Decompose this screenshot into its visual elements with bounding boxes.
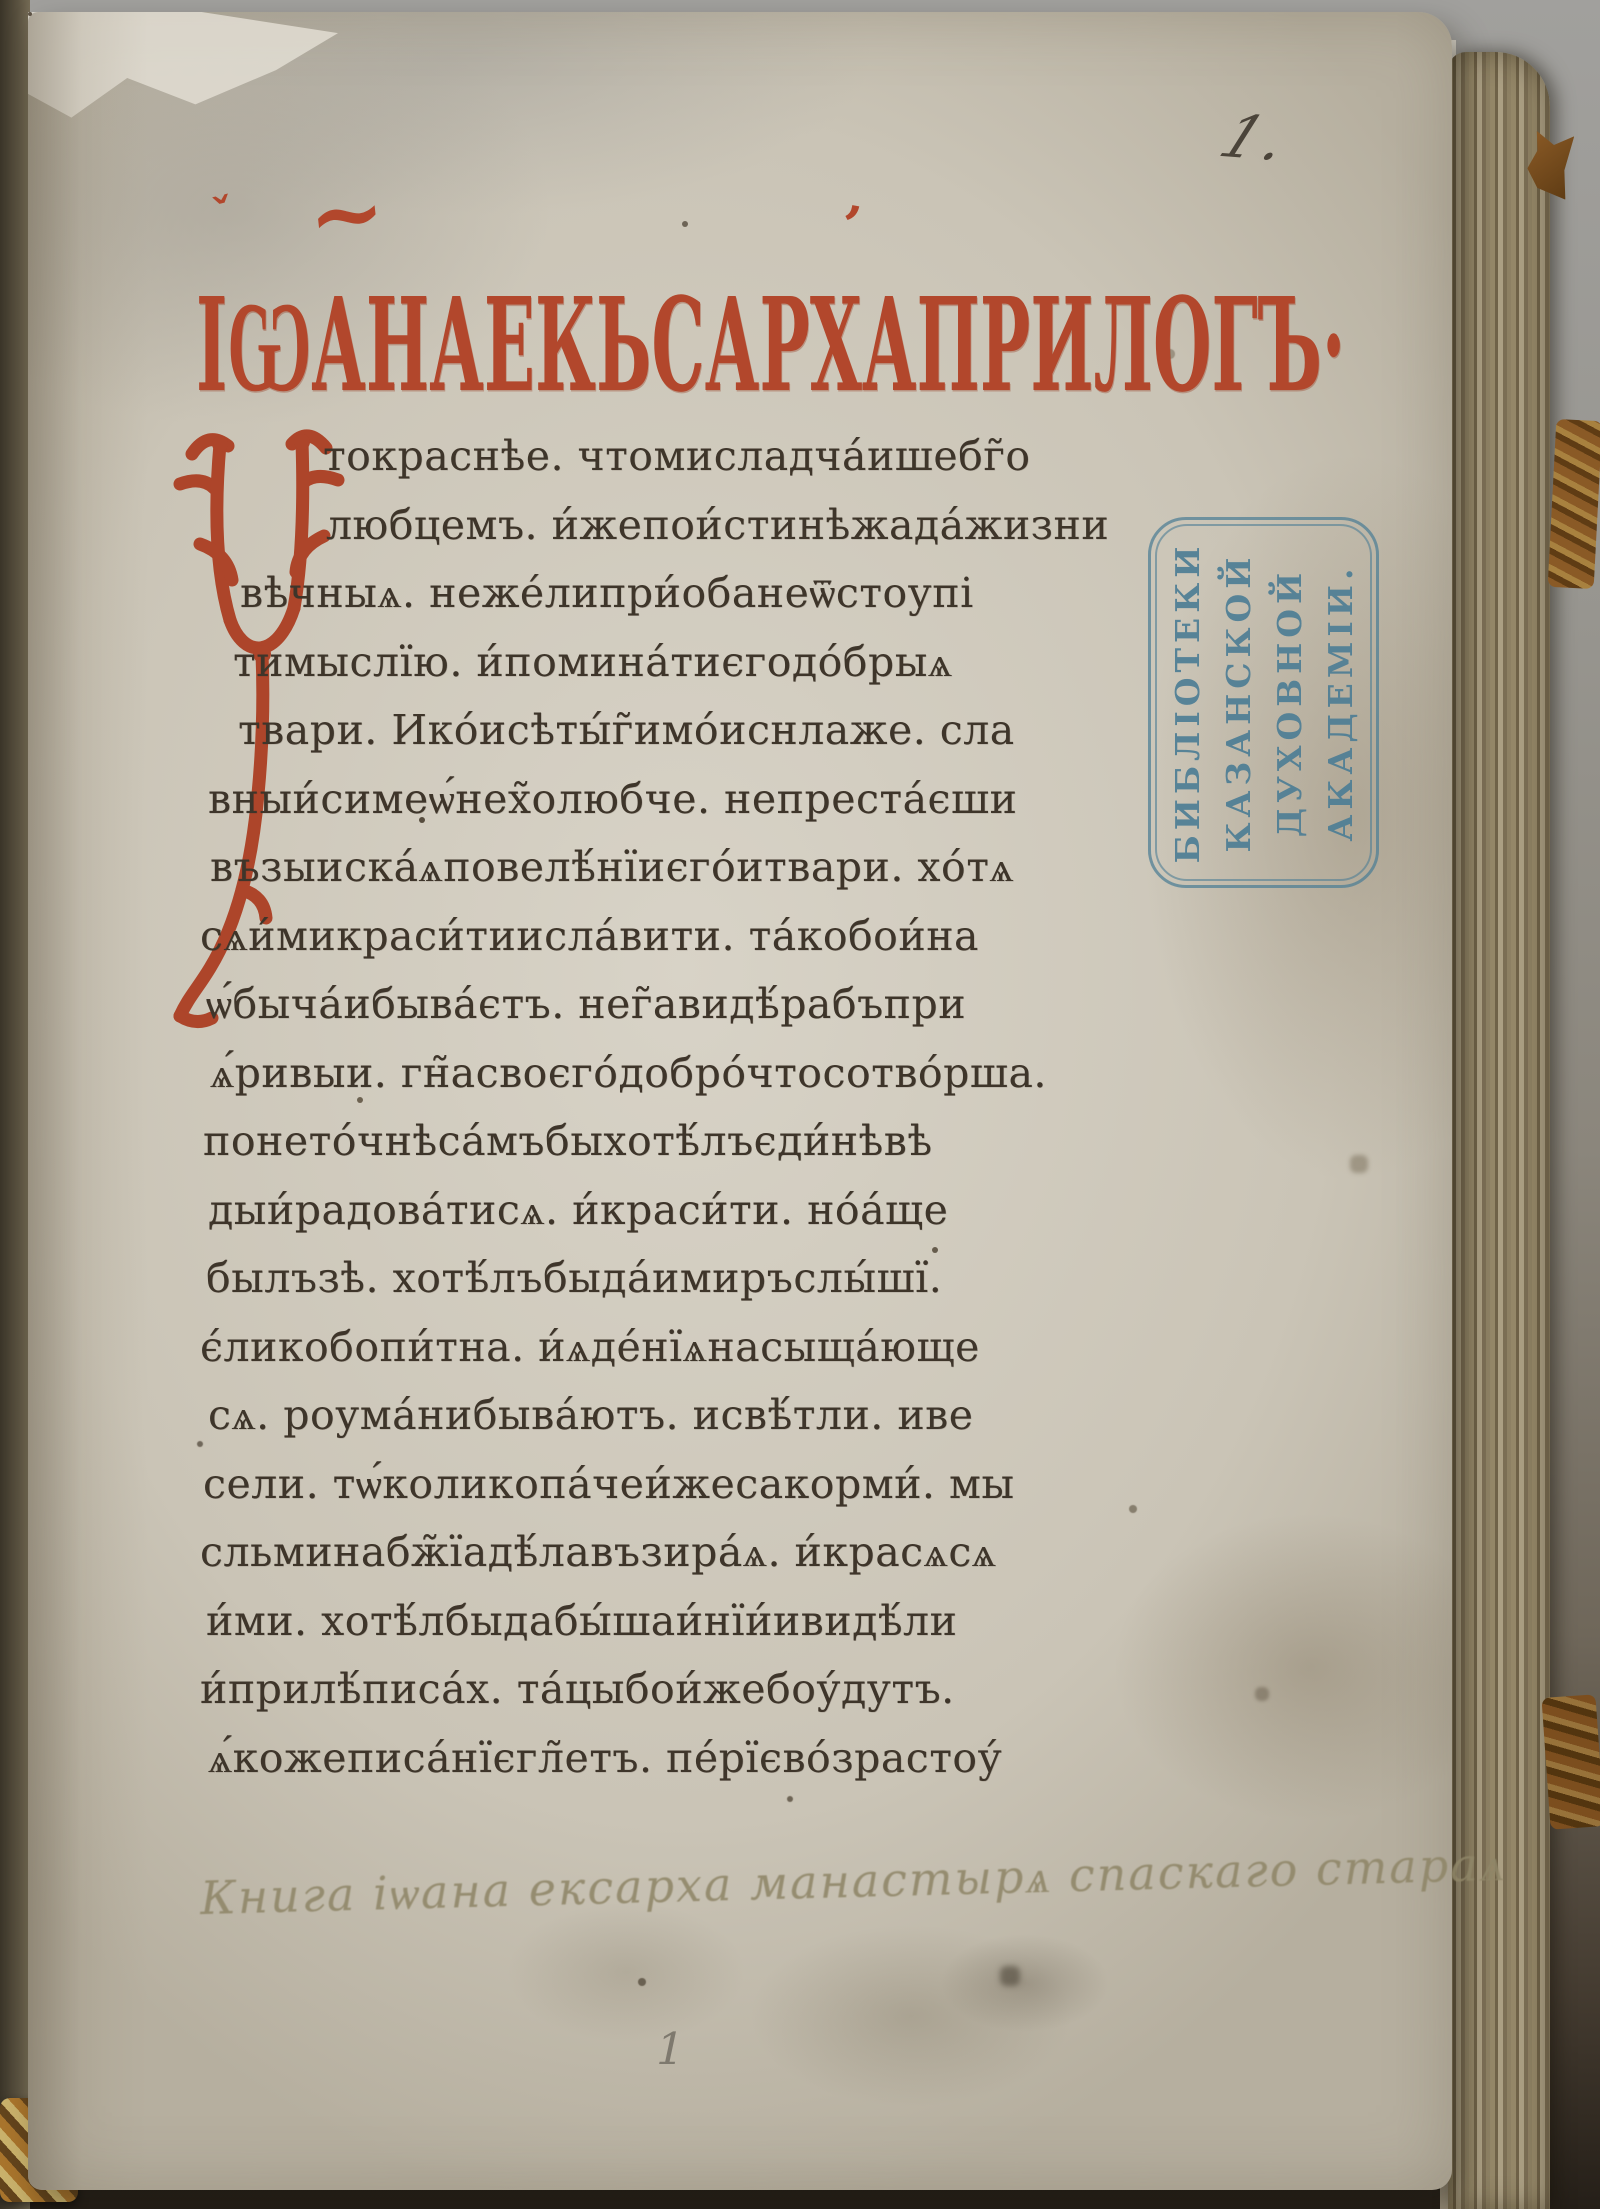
text-line: и́ми. хотѣ́лбыдабы́шаи́нїи́ивидѣ́ли [206,1597,957,1645]
gutter-shadow [28,12,148,2190]
text-line: дыи́радова́тисѧ. и́краси́ти. но́а́ще [208,1186,948,1234]
text-line: сели. тѡ́коликопа́чеи́жесакорми́. мы [203,1460,1015,1508]
stamp-text: КАЗАНСКОЙ [1213,553,1264,853]
breathing-mark: ˇ [208,188,242,243]
titlo-mark: ~ [303,157,381,271]
text-line: є́ликобопи́тна. и́ѧде́нїѧнасыща́юще [200,1323,980,1371]
text-line: и́прилѣ́писа́х. та́цыбои́жебоу́дутъ. [200,1665,955,1713]
text-line: ѡ́быча́ибыва́єтъ. нег̃авидѣ́рабъпри [206,980,966,1028]
text-line: былъзѣ. хотѣ́лъбыда́имиръслы́шї. [206,1254,942,1302]
pencil-mark: 1 [651,2024,690,2075]
binding-left-edge [0,0,30,2209]
text-line: тимыслїю. и́помина́тиєгодо́брыѧ [233,638,953,686]
library-stamp: БИБЛІОТЕКИ КАЗАНСКОЙ ДУХОВНОЙ АКАДЕМІИ. [1148,517,1379,888]
text-line: ѧ́ривыи. гн̃асвоєго́добро́чтосотво́рша. [210,1049,1047,1097]
rubric-headline: ІѠАНАЕКЬСАРХАПРИЛОГЪ· [196,270,1345,422]
text-line: възыиска́ѧповелѣ́нїиєго́итвари. хо́тѧ [210,843,1014,891]
text-line: вѣчныѧ. неже́липри́обанеѿстоупі [240,569,974,617]
text-line: токраснѣе. чтомисладча́ишебг̃о [323,432,1031,480]
photo-scene: 1. ІѠАНАЕКЬСАРХАПРИЛОГЪ· ˇ ~ ʼ [0,0,1600,2209]
stamp-text: БИБЛІОТЕКИ [1162,542,1213,864]
accent-mark: ʼ [835,193,865,259]
text-line: сѧ. роума́нибыва́ютъ. исвѣ́тли. иве [208,1391,974,1439]
stamp-text: ДУХОВНОЙ [1264,568,1315,837]
text-line: твари. Ико́исѣты́г̃имо́иснлаже. сла [238,706,1015,754]
clasp-strap [1548,419,1600,589]
ink-specks [28,12,32,16]
text-line: вныи́симеѡ́нех̃олюбче. непреста́єши [208,775,1017,823]
manuscript-page: 1. ІѠАНАЕКЬСАРХАПРИЛОГЪ· ˇ ~ ʼ [28,12,1452,2190]
stamp-text: АКАДЕМІИ. [1315,564,1366,842]
folio-number: 1. [1210,102,1305,175]
text-line: сльминабж̃їадѣ́лавъзира́ѧ. и́красѧсѧ [200,1528,996,1576]
owner-inscription: Книга іѡана ексарха манастырѧ спаскаго с… [200,1837,1508,1925]
text-line: сѧи́микраси́тиисла́вити. та́кобои́на [200,912,979,960]
clasp-strap [1541,1694,1600,1829]
text-line: ѧ́кожеписа́нїєгл̃етъ. пе́рїєво́зрастоу́ [208,1734,1002,1782]
text-line: любцемъ. и́жепои́стинѣжада́жизни [326,501,1109,549]
text-line: понето́чнѣса́мъбыхотѣ́лъєди́нѣвѣ [203,1117,933,1165]
